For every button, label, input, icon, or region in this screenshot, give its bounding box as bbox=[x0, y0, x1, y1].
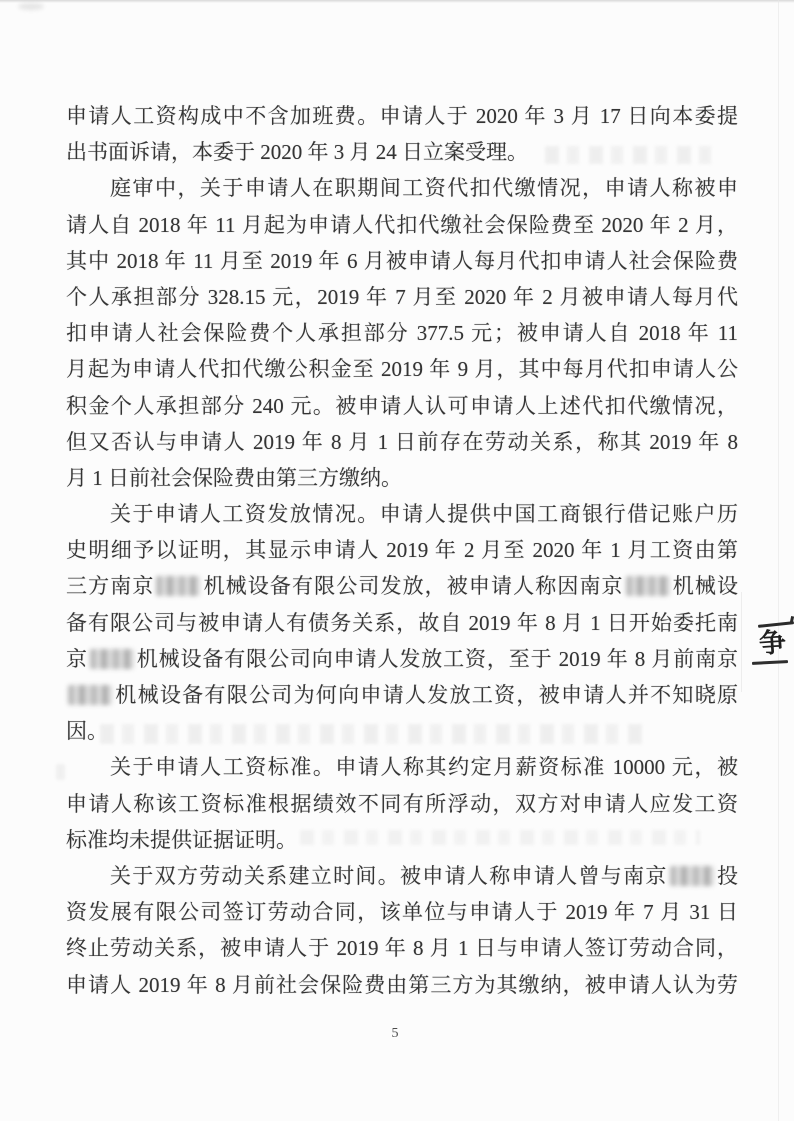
scan-smudge bbox=[18, 3, 44, 10]
text-line: 终止劳动关系，被申请人于 2019 年 8 月 1 日与申请人签订劳动合同， bbox=[66, 930, 738, 966]
text-line: 出书面诉请，本委于 2020 年 3 月 24 日立案受理。 bbox=[66, 134, 738, 170]
text-line: 积金个人承担部分 240 元。被申请人认可申请人上述代扣代缴情况， bbox=[66, 388, 738, 424]
scan-top-edge-artifact bbox=[0, 0, 794, 3]
text-line: 因。 bbox=[66, 713, 738, 749]
text-line: 申请人称该工资标准根据绩效不同有所浮动，双方对申请人应发工资 bbox=[66, 786, 738, 822]
margin-annotation-bottom-stroke bbox=[752, 660, 788, 664]
redacted-company-name bbox=[68, 685, 112, 705]
text-line: 庭审中，关于申请人在职期间工资代扣代缴情况，申请人称被申 bbox=[66, 170, 738, 206]
redacted-company-name bbox=[670, 866, 714, 886]
redacted-company-name bbox=[156, 576, 200, 596]
text-line: 请人自 2018 年 11 月起为申请人代扣代缴社会保险费至 2020 年 2 … bbox=[66, 207, 738, 243]
text-line: 但又否认与申请人 2019 年 8 月 1 日前存在劳动关系，称其 2019 年… bbox=[66, 424, 738, 460]
text-line: 关于申请人工资标准。申请人称其约定月薪资标准 10000 元，被 bbox=[66, 749, 738, 785]
text-line: 机械设备有限公司为何向申请人发放工资，被申请人并不知晓原 bbox=[66, 677, 738, 713]
text-line: 京机械设备有限公司向申请人发放工资，至于 2019 年 8 月前南京 bbox=[66, 641, 738, 677]
text-line: 月 1 日前社会保险费由第三方缴纳。 bbox=[66, 460, 738, 496]
redacted-company-name bbox=[90, 649, 134, 669]
text-line: 其中 2018 年 11 月至 2019 年 6 月被申请人每月代扣申请人社会保… bbox=[66, 243, 738, 279]
margin-annotation-character: 争 bbox=[758, 626, 787, 660]
text-line: 备有限公司与被申请人有债务关系，故自 2019 年 8 月 1 日开始委托南 bbox=[66, 605, 738, 641]
scan-edge-line bbox=[778, 0, 779, 1121]
text-line: 资发展有限公司签订劳动合同，该单位与申请人于 2019 年 7 月 31 日 bbox=[66, 894, 738, 930]
text-line: 申请人工资构成中不含加班费。申请人于 2020 年 3 月 17 日向本委提 bbox=[66, 98, 738, 134]
page-number: 5 bbox=[383, 1026, 407, 1042]
scan-edge-line-short bbox=[741, 592, 742, 692]
text-line: 标准均未提供证据证明。 bbox=[66, 822, 738, 858]
text-line: 申请人 2019 年 8 月前社会保险费由第三方为其缴纳，被申请人认为劳 bbox=[66, 967, 738, 1003]
text-line: 扣申请人社会保险费个人承担部分 377.5 元；被申请人自 2018 年 11 bbox=[66, 315, 738, 351]
text-line: 关于申请人工资发放情况。申请人提供中国工商银行借记账户历 bbox=[66, 496, 738, 532]
text-line: 个人承担部分 328.15 元，2019 年 7 月至 2020 年 2 月被申… bbox=[66, 279, 738, 315]
text-line: 月起为申请人代扣代缴公积金至 2019 年 9 月，其中每月代扣申请人公 bbox=[66, 351, 738, 387]
margin-annotation: 争 bbox=[750, 610, 794, 670]
scanned-document-page: 申请人工资构成中不含加班费。申请人于 2020 年 3 月 17 日向本委提出书… bbox=[0, 0, 794, 1121]
bleed-through-mark bbox=[56, 764, 65, 780]
text-line: 史明细予以证明，其显示申请人 2019 年 2 月至 2020 年 1 月工资由… bbox=[66, 532, 738, 568]
document-body: 申请人工资构成中不含加班费。申请人于 2020 年 3 月 17 日向本委提出书… bbox=[66, 98, 738, 1003]
text-line: 三方南京机械设备有限公司发放，被申请人称因南京机械设 bbox=[66, 568, 738, 604]
redacted-company-name bbox=[626, 576, 670, 596]
text-line: 关于双方劳动关系建立时间。被申请人称申请人曾与南京投 bbox=[66, 858, 738, 894]
